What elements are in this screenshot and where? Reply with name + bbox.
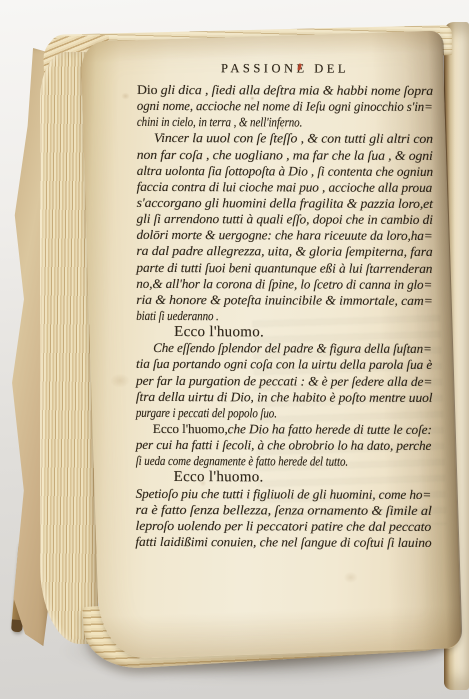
paragraph: Spetioſo piu che tutti i figliuoli de gl… [135,485,431,551]
text-block: Dio gli dica , ſiedi alla deſtra mia & h… [135,82,433,551]
paragraph: Vincer la uuol con ſe ſteſſo , & con tut… [136,130,433,325]
text-line: biati ſi uederanno . [136,308,432,325]
text-line: ra dal padre allegrezza, uita, & gloria … [136,243,432,260]
photo-backdrop: PASSIONE DEL Dio gli dica , ſiedi alla d… [0,0,469,699]
text-line: ra è fatto ſenza bellezza, ſenza ornamen… [136,502,432,519]
text-line: per cui ha fatti i ſecoli, à che obrobri… [136,437,432,454]
text-line: no,& all'hor la corona di ſpine, lo ſcet… [136,276,432,293]
section-heading: Ecco l'huomo. [136,469,432,486]
text-line: tia ſua portando ogni coſa con la uirtu … [136,356,432,373]
paragraph: Dio gli dica , ſiedi alla deſtra mia & h… [137,82,433,131]
text-line: ſi ueda come degnamente è fatto herede d… [136,453,432,470]
text-line: chini in cielo, in terra , & nell'infern… [137,114,433,131]
text-line: ſtra della uirtu di Dio, in che habito è… [136,389,432,406]
running-header: PASSIONE DEL [221,61,349,75]
roman-lead-in: Dio [137,82,157,97]
text-line: ogni nome, accioche nel nome di Ieſu ogn… [137,98,433,115]
text-line: Dio gli dica , ſiedi alla deſtra mia & h… [137,82,433,99]
roman-lead-in: Ecco l'huomo, [153,421,228,436]
text-line: s'accorgano gli huomini della fragilita … [137,195,433,212]
text-line: gli ſi arrendono tutti à quali eſſo, dop… [137,211,433,228]
text-line: ria & honore & poteſta inuincibile & imm… [136,292,432,309]
text-line: Vincer la uuol con ſe ſteſſo , & con tut… [137,130,433,147]
text-block-wrapper: PASSIONE DEL Dio gli dica , ſiedi alla d… [135,61,433,551]
text-line: faccia contra di lui cioche mai puo , ac… [137,179,433,196]
text-line: Spetioſo piu che tutti i figliuoli de gl… [136,485,432,502]
text-line: leproſo uolendo per li peccatori patire … [135,518,431,535]
text-line: Ecco l'huomo,che Dio ha fatto herede di … [136,421,432,438]
paragraph: Ecco l'huomo,che Dio ha fatto herede di … [136,421,432,470]
text-line: non far coſa , che uogliano , ma far che… [137,146,433,163]
text-line: fatti laidißimi conuien, che nel ſangue … [135,534,431,551]
text-line: altra uolonta ſia ſottopoſta à Dio , ſi … [137,163,433,180]
paragraph: Che eſſendo ſplendor del padre & figura … [136,340,432,422]
text-line: dolōri morte & uergogne: che hara riceuu… [136,227,432,244]
text-line: Che eſſendo ſplendor del padre & figura … [136,340,432,357]
section-heading: Ecco l'huomo. [136,324,432,341]
running-header-row: PASSIONE DEL [137,61,433,81]
book-page: PASSIONE DEL Dio gli dica , ſiedi alla d… [80,30,461,659]
text-line: per far la purgation de peccati : & è pe… [136,372,432,389]
text-line: purgare i peccati del popolo ſuo. [136,405,432,422]
text-line: parte di tutti ſuoi beni quantunque eßi … [136,259,432,276]
